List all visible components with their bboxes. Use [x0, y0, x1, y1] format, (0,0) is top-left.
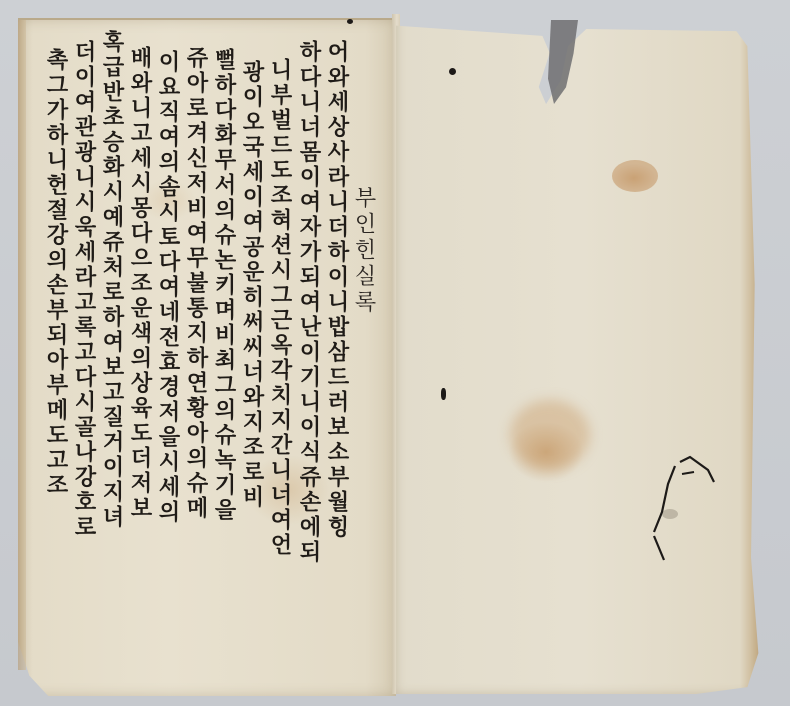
text-column-2: 하다니너몸이여자가되여난이기니이식쥬손에되 — [297, 40, 319, 565]
text-column-8: 배와니고세시몽다으조운색의상육도더저보 — [128, 46, 150, 521]
ink-sketch-outline — [640, 452, 730, 572]
text-column-3: 니부벌드도조혀션시그근옥각치지간니너여언 — [268, 58, 290, 558]
left-page-edge — [18, 20, 26, 670]
text-column-10: 더이여관광니시욱세라고록고다시골나강호로 — [72, 40, 94, 540]
text-column-7: 이요직여의솜시토다여네전효경저을시세의 — [156, 50, 178, 525]
water-stain — [612, 160, 658, 192]
text-column-4: 광이오국세이여공운히써씨너와지조로비 — [240, 60, 262, 510]
text-column-9: 혹급반초승화시예쥬처로하여보고질거이지녀 — [100, 30, 122, 530]
ink-dot — [449, 68, 456, 75]
right-page — [396, 12, 762, 694]
ink-dot — [441, 388, 446, 400]
text-column-5: 뻘하다화무서의슈논키며비최그의슈녹기을 — [212, 48, 234, 523]
text-column-1: 어와세상사라니더하이니밥삼드러보소부월힝 — [325, 40, 347, 540]
ink-dot — [347, 19, 353, 24]
text-column-6: 쥬아로겨신저비여무불통지하연황아의슈메 — [184, 46, 206, 521]
text-column-11: 촉그가하니헌절강의손부되아부메도고조 — [44, 48, 66, 498]
water-stain — [510, 400, 590, 470]
manuscript-title: 부인힌실록 — [352, 186, 374, 316]
